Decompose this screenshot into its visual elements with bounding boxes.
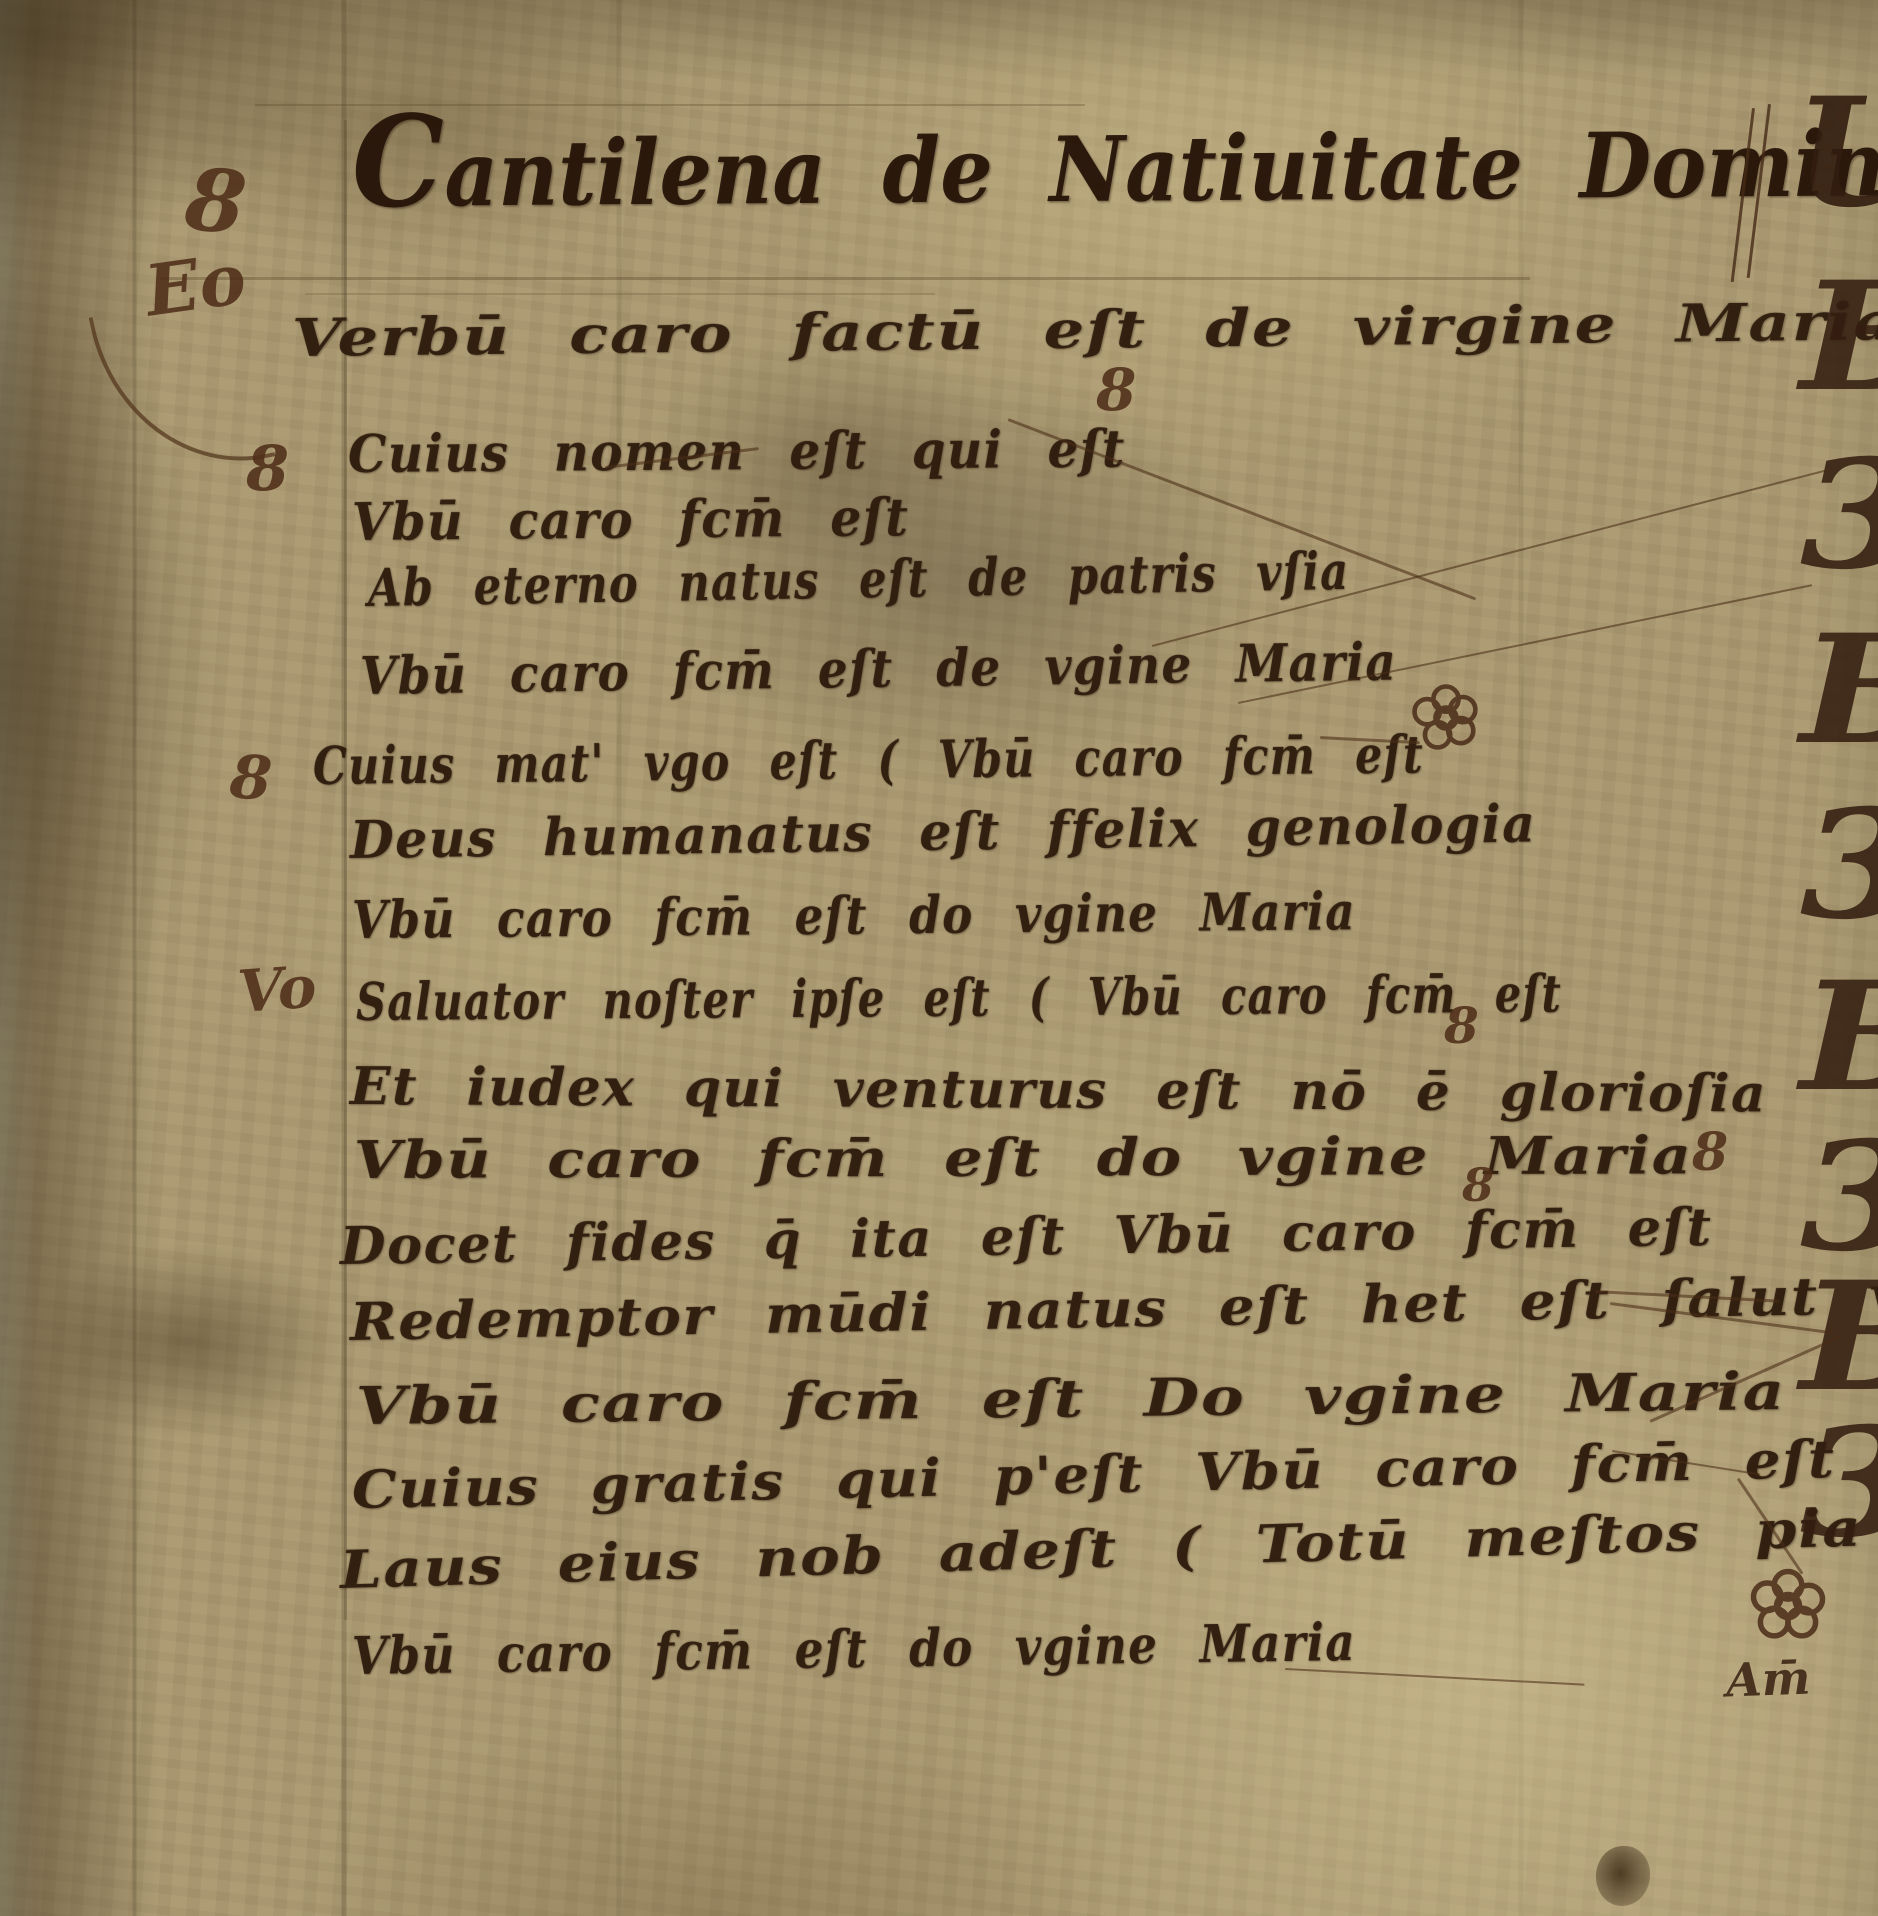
flourish-letter: 3: [1800, 790, 1878, 940]
text-line: Vbū caro fcm̄ eſt do vgine Maria: [352, 881, 1356, 951]
margin-mark: 8: [228, 742, 275, 815]
ruled-line: [160, 277, 1530, 280]
text-line: Vbū caro fcm̄ eſt de vgine Maria: [360, 632, 1398, 707]
text-line: Vbū caro fcm̄ eſt: [352, 487, 910, 553]
flourish-letter: B: [1800, 962, 1878, 1112]
ruled-line: [305, 293, 935, 295]
text-line: Docet fides q̄ ita eſt Vbū caro fcm̄ eſt: [340, 1197, 1713, 1277]
text-line: Deus humanatus eſt ffelix genologia: [350, 793, 1537, 871]
text-line: Vbū caro fcm̄ eſt Do vgine Maria: [356, 1361, 1787, 1437]
text-line: Saluator noſter ipſe eſt ( Vbū caro fcm̄…: [356, 964, 1562, 1033]
text-line: Et iudex qui venturus eſt nō ē glorioſia: [350, 1056, 1767, 1124]
page-title: Cantilena de Natiuitate Domini: [351, 77, 1878, 236]
text-line: Verbū caro factū eſt de virgine Maria: [292, 291, 1878, 369]
rosette-doodle: [1742, 1560, 1834, 1652]
amen-mark: Am̄: [1725, 1651, 1811, 1708]
text-line: Vbū caro fcm̄ eſt do vgine Maria: [352, 1612, 1357, 1687]
right-margin-mark: 8: [1444, 996, 1479, 1055]
flourish-letter: B: [1800, 262, 1878, 412]
corner-partial-letter: U: [1795, 78, 1878, 228]
right-margin-mark: 8: [1462, 1158, 1494, 1212]
right-margin-mark: 8: [1096, 356, 1136, 424]
flourish-letter: 3: [1800, 440, 1878, 590]
flourish-letter: 3: [1800, 1408, 1878, 1558]
text-line: Ab eterno natus eſt de patris vſia: [367, 541, 1349, 619]
text-line: Cuius mat' vgo eſt ( Vbū caro fcm̄ eſt: [313, 724, 1425, 797]
ink-blot: [1596, 1846, 1650, 1906]
rosette-doodle: [1404, 676, 1488, 760]
right-margin-mark: 8: [1692, 1122, 1728, 1183]
flourish-letter: B: [1800, 615, 1878, 765]
margin-mark: 8: [246, 432, 289, 505]
margin-mark: Vo: [236, 953, 319, 1026]
manuscript-page: Cantilena de Natiuitate Domini Verbū car…: [0, 0, 1878, 1916]
pen-stroke: [1285, 1668, 1585, 1686]
